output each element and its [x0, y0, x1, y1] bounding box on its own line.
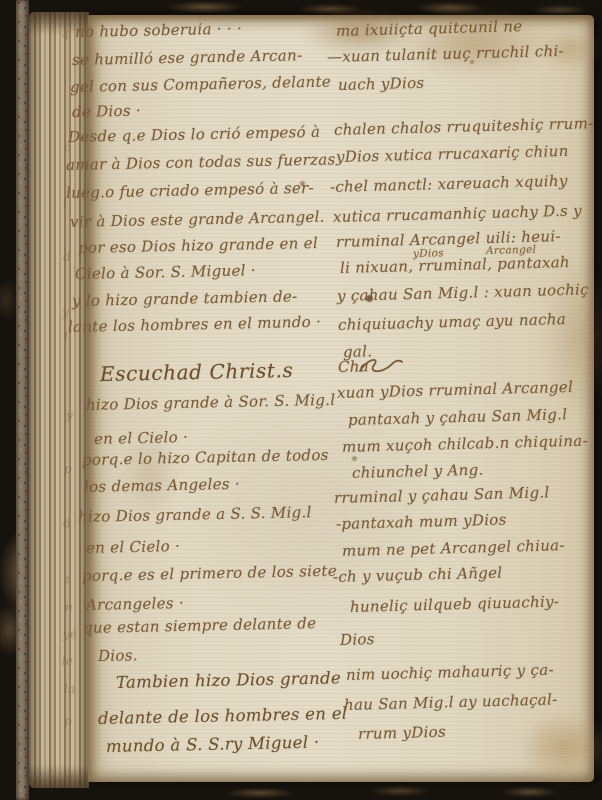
manuscript-line-right: uach yDios: [338, 76, 425, 93]
margin-bleed-mark: ye: [63, 627, 77, 641]
section-heading: Escuchad Christ.s: [100, 360, 294, 384]
margin-bleed-mark: c: [64, 140, 71, 154]
manuscript-line-left: los demas Angeles ·: [84, 477, 240, 495]
margin-bleed-mark: l: [63, 196, 67, 210]
margin-bleed-mark: q: [66, 770, 74, 784]
spine-marbled-edge: [16, 0, 29, 800]
margin-bleed-mark: p: [64, 714, 72, 728]
margin-bleed-mark: le: [62, 654, 73, 668]
margin-bleed-mark: l: [64, 330, 68, 344]
margin-bleed-mark: z: [64, 572, 71, 586]
manuscript-line-right: chiunchel y Ang.: [352, 463, 484, 481]
manuscript-line-right: rrum yDios: [358, 725, 446, 742]
manuscript-line-right: -ch y vuçub chi Añgel: [333, 566, 503, 585]
manuscript-line-right: -pantaxah mum yDios: [336, 513, 507, 532]
manuscript-line-left: en el Cielo ·: [94, 430, 188, 447]
manuscript-line-left: en el Cielo ·: [86, 539, 180, 556]
margin-bleed-mark: p: [64, 462, 72, 476]
margin-bleed-mark: y: [62, 305, 69, 319]
manuscript-line-left: Cielo à Sor. S. Miguel ·: [75, 263, 256, 282]
manuscript-line-left: Arcangeles ·: [86, 596, 184, 613]
manuscript-photo: no hubo soberuia · · · se humilló ese gr…: [0, 0, 602, 800]
crossed-out-word: Cha: [338, 359, 369, 375]
manuscript-line-left: no hubo soberuia · · ·: [75, 22, 242, 40]
margin-bleed-mark: d: [63, 516, 71, 530]
margin-bleed-mark: y: [66, 408, 73, 422]
margin-bleed-mark: la: [64, 682, 75, 696]
manuscript-line-right: Dios: [340, 632, 375, 648]
margin-bleed-mark: n: [65, 600, 73, 614]
margin-bleed-mark: 4: [62, 28, 70, 42]
margin-bleed-mark: d: [63, 250, 71, 264]
manuscript-line-left: Dios.: [98, 648, 138, 664]
manuscript-line-left: de Dios ·: [72, 104, 141, 120]
